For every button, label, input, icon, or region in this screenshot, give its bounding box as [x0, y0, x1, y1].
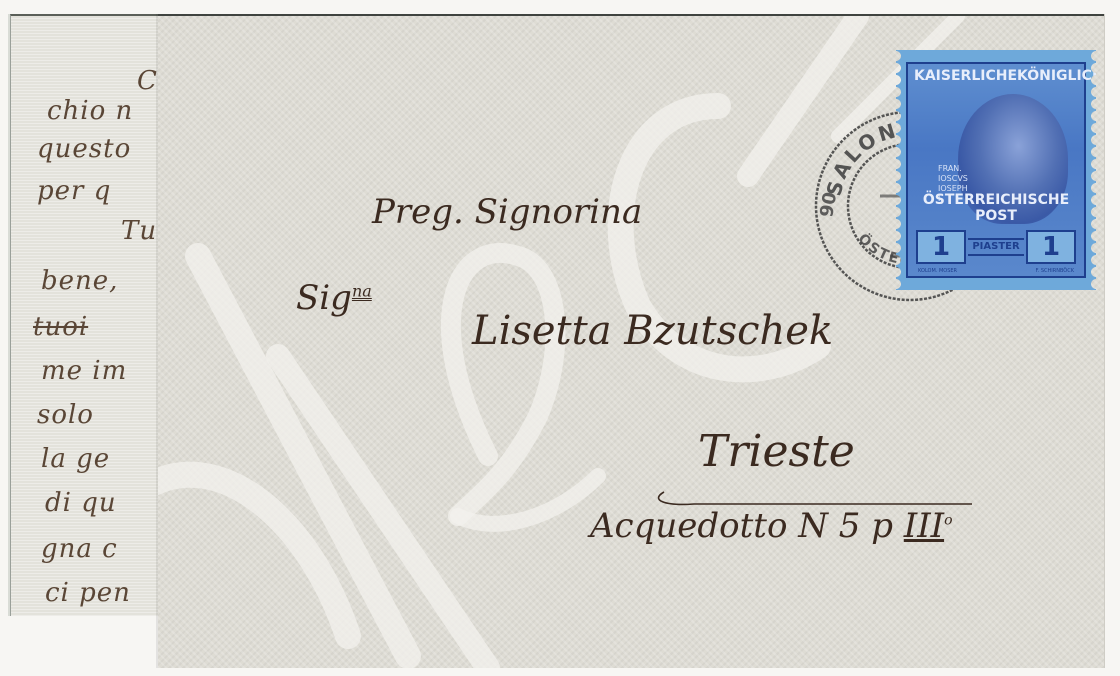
street-text: Acquedotto N 5 p — [590, 506, 893, 546]
letter-line: ci pen — [45, 578, 131, 608]
envelope: ollect Preg. Signorina Signa Lisetta Bzu… — [158, 14, 1104, 668]
name-prefix-superscript: na — [352, 282, 372, 301]
name-prefix-text: Sig — [296, 278, 352, 318]
stamp-value-right: 1 — [1026, 230, 1076, 264]
stamp-bottom-text: ÖSTERREICHISCHE POST — [922, 192, 1070, 224]
stamp-imprint-engraver: F. SCHIRNBÖCK — [1036, 268, 1074, 274]
letter-line: gna c — [41, 534, 118, 564]
stamp-currency: PIASTER — [968, 238, 1024, 256]
recipient-name: Lisetta Bzutschek — [472, 308, 833, 354]
street-address: Acquedotto N 5 p IIIo — [590, 506, 953, 546]
letter-line: per q — [37, 176, 111, 206]
stamp-frame: KAISERLICHEKÖNIGLICHE FRAN. IOSCVS IOSEP… — [906, 62, 1086, 278]
stamp-imprint-designer: KOLOM. MOSER — [918, 268, 957, 274]
name-prefix: Signa — [296, 278, 372, 318]
svg-text:ollect: ollect — [158, 16, 203, 20]
postage-stamp: KAISERLICHEKÖNIGLICHE FRAN. IOSCVS IOSEP… — [896, 50, 1096, 290]
salutation: Preg. Signorina — [372, 192, 642, 232]
stamp-top-text: KAISERLICHEKÖNIGLICHE — [914, 68, 1078, 84]
letter-line: bene, — [41, 266, 118, 296]
letter-line: Tu — [121, 216, 157, 246]
letter-line: questo — [37, 134, 131, 164]
letter-line: di qu — [45, 488, 117, 518]
svg-text:90: 90 — [816, 191, 841, 219]
floor-number: III — [904, 506, 944, 546]
stamp-value-left: 1 — [916, 230, 966, 264]
letter-line: solo — [37, 400, 94, 430]
letter-line: tuoi — [33, 312, 88, 342]
letter-line: chio n — [47, 96, 133, 126]
letter-sheet: C. chio n questo per q Tu bene, tuoi me … — [10, 14, 161, 616]
letter-line: la ge — [41, 444, 110, 474]
city: Trieste — [698, 426, 855, 477]
letter-line: me im — [41, 356, 127, 386]
floor-superscript: o — [944, 513, 952, 529]
city-underline — [654, 488, 974, 508]
